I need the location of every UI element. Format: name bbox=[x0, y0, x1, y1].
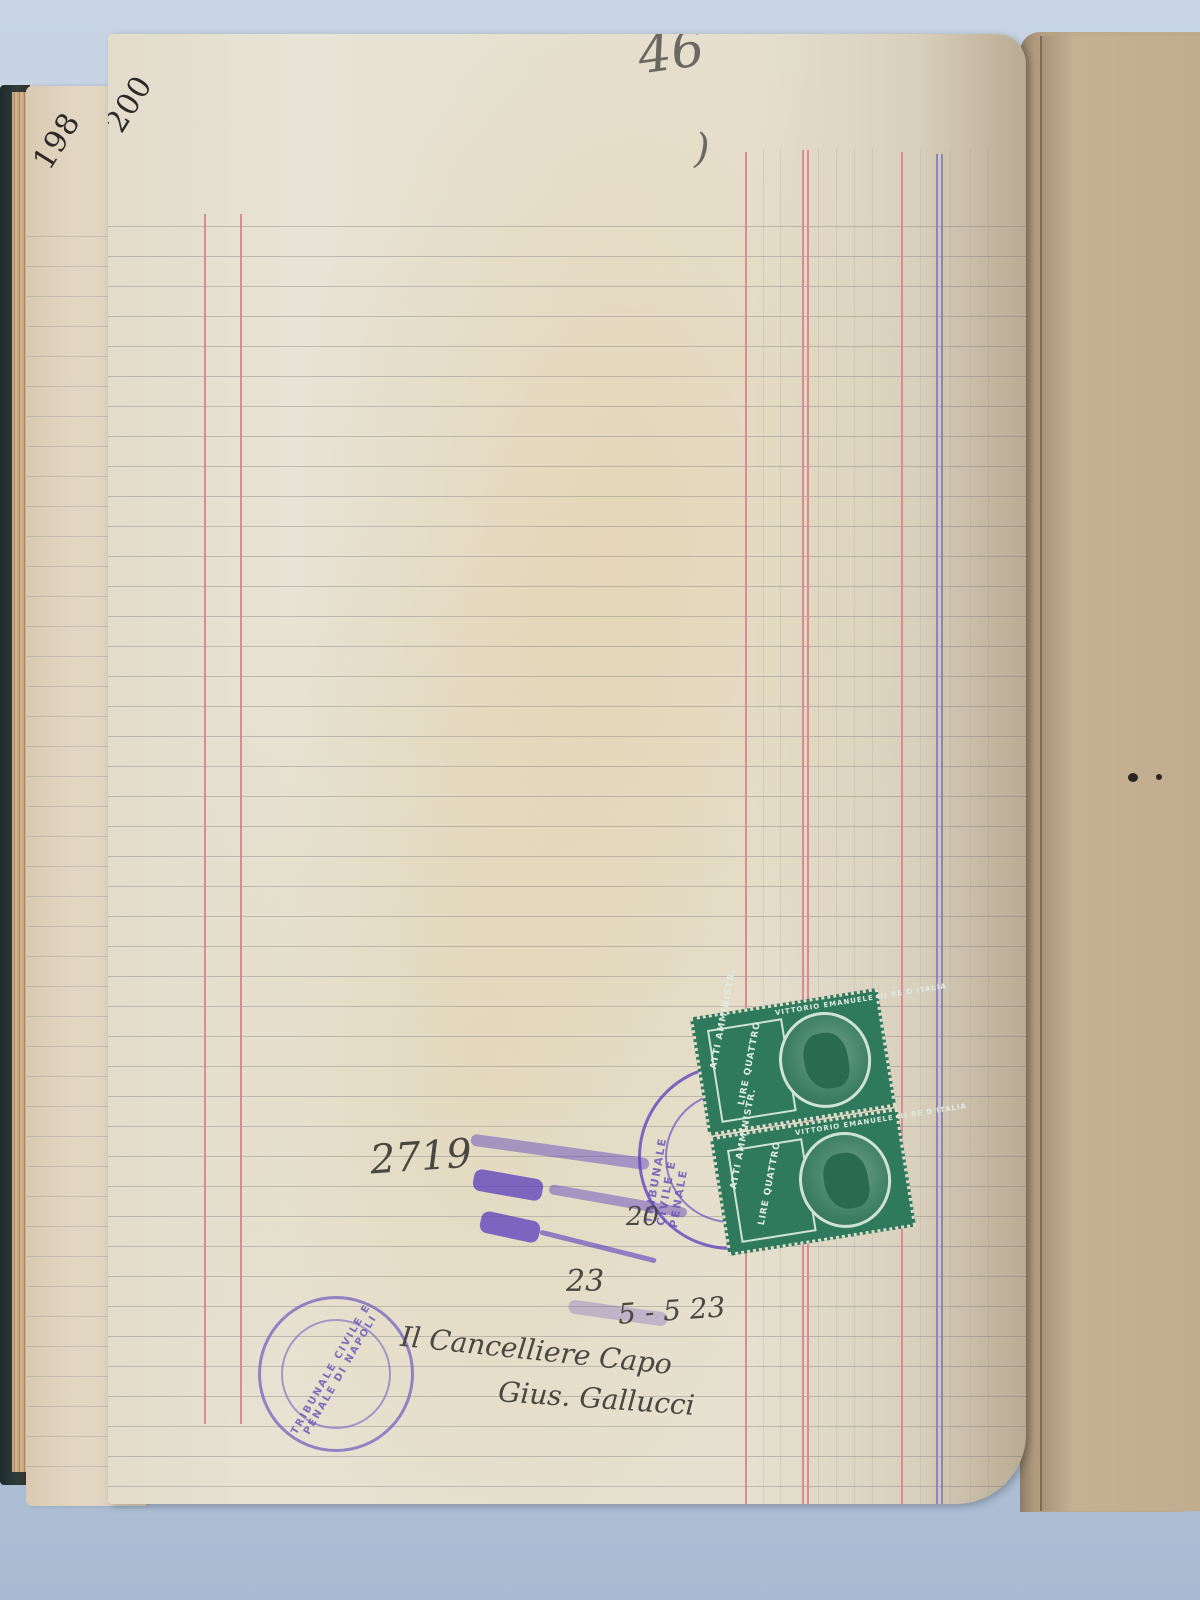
column-rule-red-double bbox=[807, 150, 809, 1504]
ink-spot bbox=[1128, 773, 1138, 782]
handwritten-top-number: 46 bbox=[634, 34, 708, 86]
margin-rule-red bbox=[240, 214, 242, 1424]
purple-stamp-impression bbox=[472, 1168, 545, 1202]
stamp-header: VITTORIO EMANUELE III RE D'ITALIA bbox=[775, 982, 948, 1017]
column-rule-red bbox=[745, 152, 747, 1504]
signature-name: Gius. Gallucci bbox=[497, 1375, 696, 1422]
handwritten-mark: ) bbox=[694, 126, 710, 172]
stamp-fill-number-1: 20 bbox=[626, 1202, 659, 1232]
stamp-fill-number-2: 23 bbox=[566, 1264, 604, 1299]
registration-number: 2719 bbox=[369, 1131, 474, 1184]
handwritten-date: 5 - 5 23 bbox=[617, 1290, 726, 1330]
page-number-198: 198 bbox=[26, 106, 88, 176]
ledger-page: 200 46 ) TRIBUNALE CIVILE E PENALE DI NA… bbox=[108, 34, 1026, 1504]
column-rule-red bbox=[901, 152, 903, 1504]
revenue-stamp-bottom: ATTI AMMINISTR. LIRE QUATTRO VITTORIO EM… bbox=[710, 1108, 916, 1256]
purple-stamp-impression bbox=[470, 1134, 650, 1171]
tribunal-seal-bottom: TRIBUNALE CIVILE E PENALE DI NAPOLI bbox=[258, 1296, 414, 1452]
page-number-200: 200 bbox=[108, 69, 160, 139]
column-rule-blue-double bbox=[941, 154, 943, 1504]
column-rule-blue-double bbox=[936, 154, 938, 1504]
right-blank-page bbox=[1040, 36, 1200, 1511]
margin-rule-red bbox=[204, 214, 206, 1424]
ink-spot bbox=[1156, 774, 1162, 780]
column-rule-red-double bbox=[802, 150, 804, 1504]
